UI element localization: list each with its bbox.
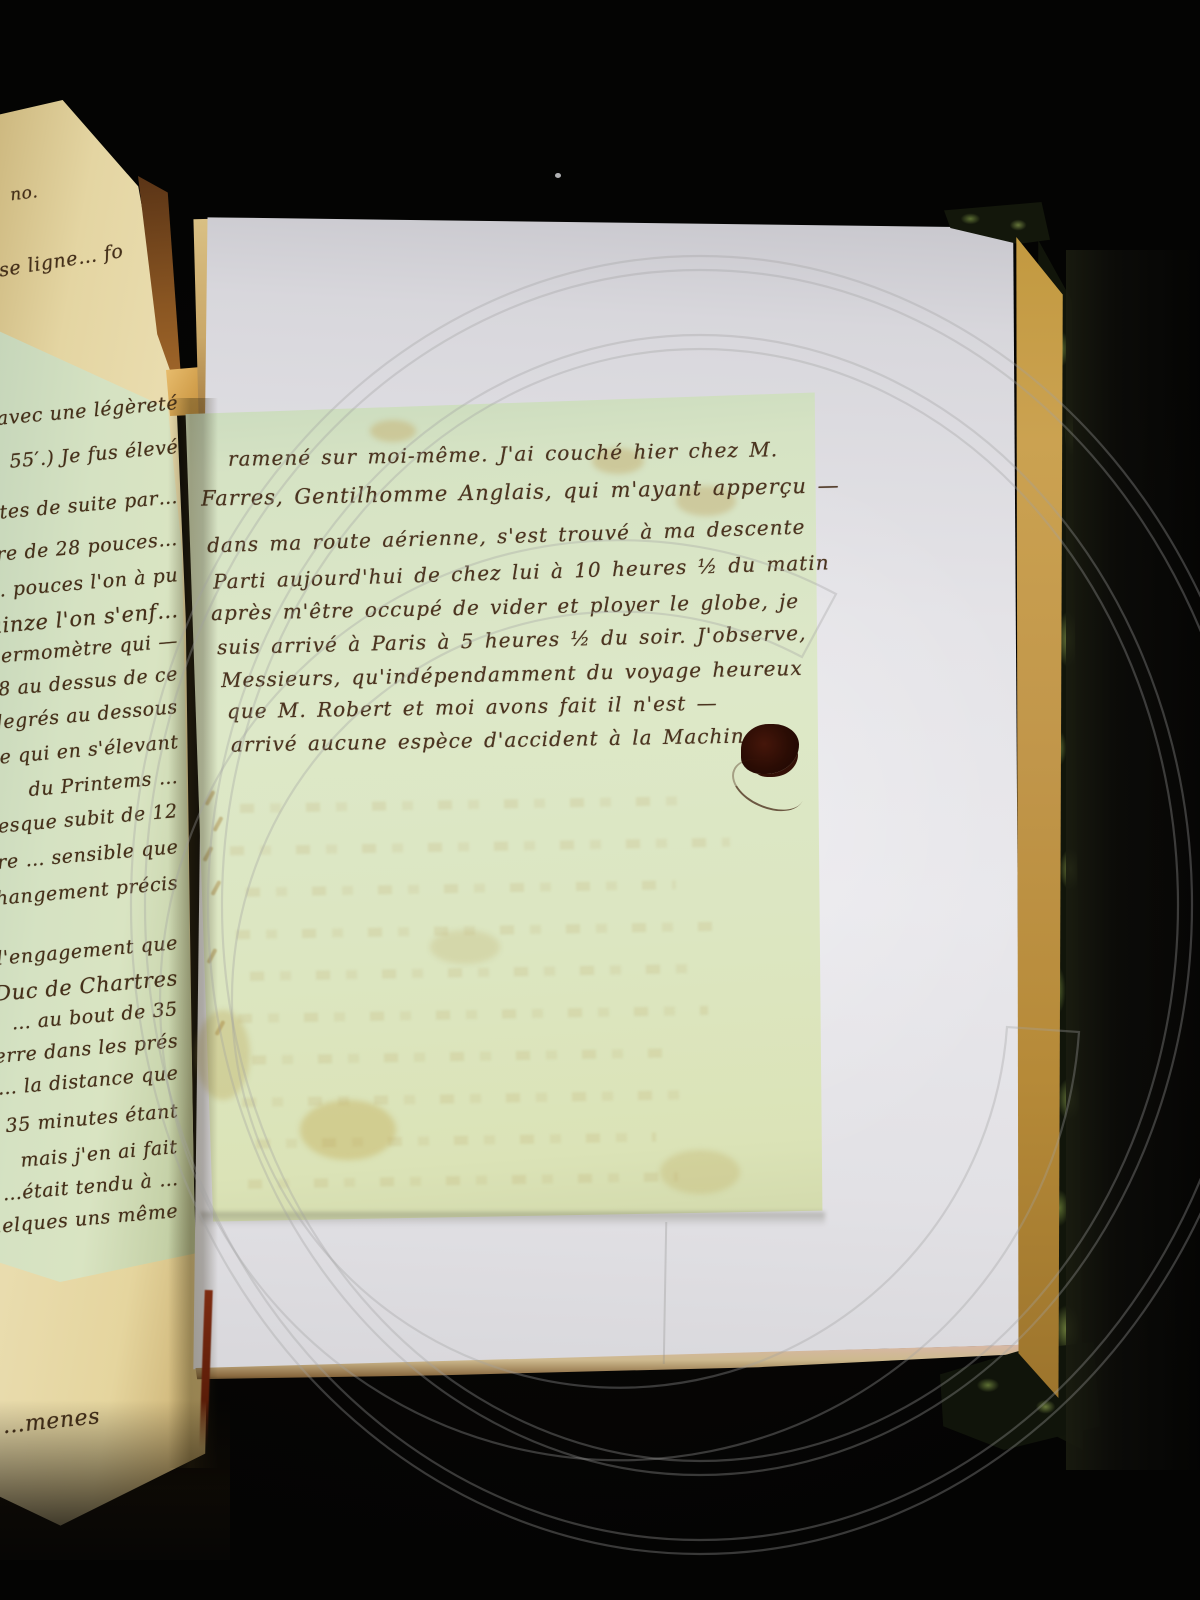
left-page-bottom-shadow	[0, 1400, 230, 1560]
manuscript-fragment: … pouces l'on à pu	[0, 564, 179, 603]
manuscript-fragment: …elques uns même	[0, 1200, 179, 1239]
dust-speck	[555, 173, 561, 178]
manuscript-fragment: …resque subit de 12	[0, 800, 179, 840]
manuscript-fragment: 55′.) Je fus élevé	[8, 436, 179, 473]
manuscript-line: arrivé aucune espèce d'accident à la Mac…	[231, 723, 758, 756]
photo-of-open-manuscript-book: ramené sur moi-même. J'ai couché hier ch…	[0, 0, 1200, 1600]
manuscript-line: ramené sur moi-même. J'ai couché hier ch…	[228, 437, 779, 471]
manuscript-fragment: … au bout de 35	[11, 998, 179, 1034]
manuscript-fragment: …était tendu à …	[1, 1168, 179, 1205]
manuscript-fragment: …inutes de suite par…	[0, 486, 179, 528]
manuscript-fragment: …ose ligne… fo	[0, 240, 125, 286]
manuscript-fragment: 1/8 au dessus de ce	[0, 663, 179, 702]
manuscript-fragment: d'autre … sensible que	[0, 836, 179, 878]
manuscript-line: Farres, Gentilhomme Anglais, qui m'ayant…	[201, 473, 840, 510]
page-block-edge	[1012, 230, 1066, 1405]
manuscript-fragment: mais j'en ai fait	[20, 1136, 179, 1172]
manuscript-fragment: …être de 28 pouces…	[0, 528, 179, 569]
dark-cover-board	[1066, 250, 1200, 1470]
left-page-handwriting: no. …ose ligne… fo Nesle, avec une légèr…	[0, 0, 188, 1600]
manuscript-line: dans ma route aérienne, s'est trouvé à m…	[207, 515, 806, 558]
manuscript-line: que M. Robert et moi avons fait il n'est…	[227, 691, 718, 724]
manuscript-fragment: …un changement précis	[0, 872, 179, 915]
manuscript-fragment: 35 minutes étant	[5, 1100, 179, 1137]
manuscript-fragment: du Printems …	[28, 766, 179, 801]
manuscript-fragment: no.	[9, 182, 39, 205]
manuscript-line: après m'être occupé de vider et ployer l…	[211, 589, 800, 625]
manuscript-fragment: à 5 degrés au dessous	[0, 696, 179, 738]
manuscript-fragment: Nesle, avec une légèreté	[0, 392, 179, 436]
manuscript-line: Messieurs, qu'indépendamment du voyage h…	[221, 656, 803, 692]
letter-handwriting: ramené sur moi-même. J'ai couché hier ch…	[183, 390, 825, 1224]
manuscript-line: Parti aujourd'hui de chez lui à 10 heure…	[213, 550, 830, 593]
manuscript-fragment: … la distance que	[0, 1062, 179, 1100]
manuscript-line: suis arrivé à Paris à 5 heures ½ du soir…	[217, 621, 807, 659]
